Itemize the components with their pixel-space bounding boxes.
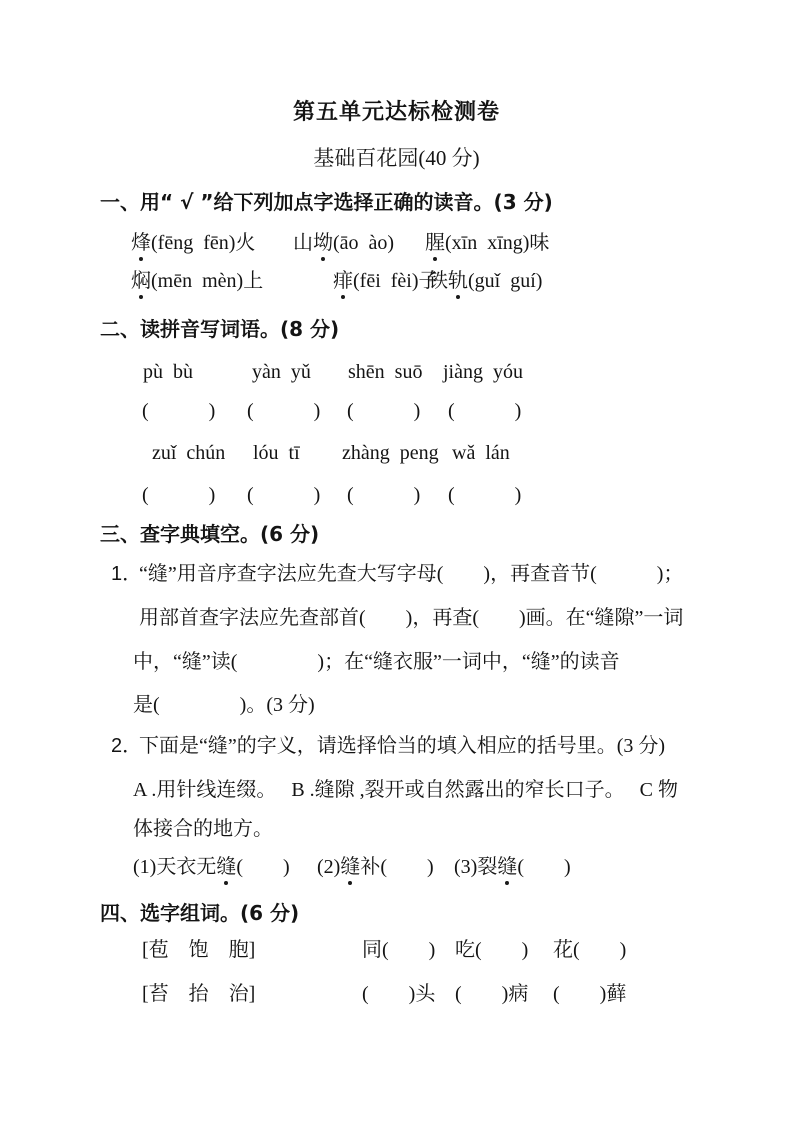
dotted-char: 痱 bbox=[333, 268, 353, 294]
blank-parens: ( ) bbox=[247, 482, 347, 508]
char-options-bracket: [苞 饱 胞] bbox=[142, 937, 362, 963]
dotted-char: 缝 bbox=[340, 854, 360, 880]
item-post: ( ) bbox=[236, 856, 289, 878]
item-post: (mēn mèn)上 bbox=[151, 270, 263, 292]
question-2-line-1: 2．下面是“缝”的字义，请选择恰当的填入相应的括号里。(3 分) bbox=[111, 733, 665, 759]
item-post: (xīn xīng)味 bbox=[445, 232, 549, 254]
blank-parens: ( ) bbox=[347, 482, 448, 508]
item-post: (fēi fèi)子 bbox=[353, 270, 439, 292]
pinyin-word: jiàng yóu bbox=[443, 359, 523, 385]
phonetic-item: 烽(fēng fēn)火 bbox=[131, 230, 293, 256]
word-blank: ( )头 bbox=[362, 981, 455, 1007]
question-1-line-2: 用部首查字法应先查部首( )，再查( )画。在“缝隙”一词 bbox=[139, 605, 683, 631]
blank-parens: ( ) bbox=[347, 398, 448, 424]
pinyin-word: shēn suō bbox=[348, 359, 443, 385]
item-post: (āo ào) bbox=[333, 232, 394, 254]
blank-parens: ( ) bbox=[142, 398, 247, 424]
dotted-char: 烽 bbox=[131, 230, 151, 256]
section-3-heading: 三、查字典填空。(6 分) bbox=[100, 521, 319, 547]
item-post: (fēng fēn)火 bbox=[151, 232, 255, 254]
phonetic-item: 焖(mēn mèn)上 bbox=[131, 268, 333, 294]
pinyin-word: wǎ lán bbox=[452, 440, 510, 466]
phonetic-choice-row-2: 焖(mēn mèn)上 痱(fēi fèi)子 铁轨(guǐ guí) bbox=[131, 268, 542, 294]
item-pre: (1)天衣无 bbox=[133, 856, 216, 878]
item-pre: (2) bbox=[317, 856, 340, 878]
section-4-heading: 四、选字组词。(6 分) bbox=[100, 900, 299, 926]
fill-blank-item: (3)裂缝( ) bbox=[454, 854, 571, 880]
page-subtitle: 基础百花园(40 分) bbox=[0, 145, 793, 171]
phonetic-item: 铁轨(guǐ guí) bbox=[428, 268, 542, 294]
dotted-char: 缝 bbox=[497, 854, 517, 880]
item-post: ( ) bbox=[517, 856, 570, 878]
fill-blank-item: (1)天衣无缝( ) bbox=[133, 854, 317, 880]
phonetic-item: 山坳(āo ào) bbox=[293, 230, 425, 256]
dotted-char: 坳 bbox=[313, 230, 333, 256]
question-text: “缝”用音序查字法应先查大写字母( )，再查音节( )； bbox=[139, 563, 683, 585]
pinyin-word: yàn yǔ bbox=[252, 359, 348, 385]
item-post: (guǐ guí) bbox=[468, 270, 542, 292]
phonetic-item: 痱(fēi fèi)子 bbox=[333, 268, 428, 294]
question-2-options: A .用针线连缀。 B .缝隙 ,裂开或自然露出的窄长口子。 C 物 bbox=[133, 777, 678, 803]
page-title: 第五单元达标检测卷 bbox=[0, 100, 793, 126]
word-blank: 花( ) bbox=[553, 937, 626, 963]
pinyin-word: zuǐ chún bbox=[152, 440, 253, 466]
answer-blank-row-2: ( ) ( ) ( ) ( ) bbox=[142, 482, 521, 508]
dotted-char: 腥 bbox=[425, 230, 445, 256]
question-1-line-1: 1．“缝”用音序查字法应先查大写字母( )，再查音节( )； bbox=[111, 561, 683, 587]
question-2-options-cont: 体接合的地方。 bbox=[133, 816, 273, 842]
pinyin-word: zhàng peng bbox=[342, 440, 452, 466]
blank-parens: ( ) bbox=[247, 398, 347, 424]
item-pre: (3)裂 bbox=[454, 856, 497, 878]
question-text: 下面是“缝”的字义，请选择恰当的填入相应的括号里。(3 分) bbox=[139, 735, 665, 757]
dotted-char: 焖 bbox=[131, 268, 151, 294]
fill-blank-item: (2)缝补( ) bbox=[317, 854, 454, 880]
word-blank: ( )病 bbox=[455, 981, 553, 1007]
blank-parens: ( ) bbox=[448, 482, 521, 508]
dotted-char: 轨 bbox=[448, 268, 468, 294]
pinyin-word: pù bù bbox=[143, 359, 252, 385]
section-2-heading: 二、读拼音写词语。(8 分) bbox=[100, 316, 339, 342]
question-2-blanks-row: (1)天衣无缝( ) (2)缝补( ) (3)裂缝( ) bbox=[133, 854, 571, 880]
blank-parens: ( ) bbox=[142, 482, 247, 508]
pinyin-row-2: zuǐ chún lóu tī zhàng peng wǎ lán bbox=[152, 440, 510, 466]
blank-parens: ( ) bbox=[448, 398, 521, 424]
question-1-line-3: 中，“缝”读( )；在“缝衣服”一词中，“缝”的读音 bbox=[133, 649, 620, 675]
phonetic-item: 腥(xīn xīng)味 bbox=[425, 230, 549, 256]
item-pre: 铁 bbox=[428, 270, 448, 292]
question-number: 2． bbox=[111, 733, 139, 759]
word-blank: 同( ) bbox=[362, 937, 455, 963]
question-number: 1． bbox=[111, 561, 139, 587]
word-blank: ( )藓 bbox=[553, 981, 626, 1007]
word-blank: 吃( ) bbox=[455, 937, 553, 963]
answer-blank-row-1: ( ) ( ) ( ) ( ) bbox=[142, 398, 521, 424]
section-1-heading: 一、用“ √ ”给下列加点字选择正确的读音。(3 分) bbox=[100, 189, 553, 215]
item-post: 补( ) bbox=[360, 856, 433, 878]
dotted-char: 缝 bbox=[216, 854, 236, 880]
question-1-line-4: 是( )。(3 分) bbox=[133, 692, 315, 718]
pinyin-row-1: pù bù yàn yǔ shēn suō jiàng yóu bbox=[143, 359, 523, 385]
test-paper-page: 第五单元达标检测卷 基础百花园(40 分) 一、用“ √ ”给下列加点字选择正确… bbox=[0, 0, 793, 1122]
phonetic-choice-row-1: 烽(fēng fēn)火 山坳(āo ào) 腥(xīn xīng)味 bbox=[131, 230, 549, 256]
item-pre: 山 bbox=[293, 232, 313, 254]
char-options-bracket: [苔 抬 治] bbox=[142, 981, 362, 1007]
char-choice-row-1: [苞 饱 胞] 同( ) 吃( ) 花( ) bbox=[142, 937, 626, 963]
char-choice-row-2: [苔 抬 治] ( )头 ( )病 ( )藓 bbox=[142, 981, 626, 1007]
pinyin-word: lóu tī bbox=[253, 440, 342, 466]
